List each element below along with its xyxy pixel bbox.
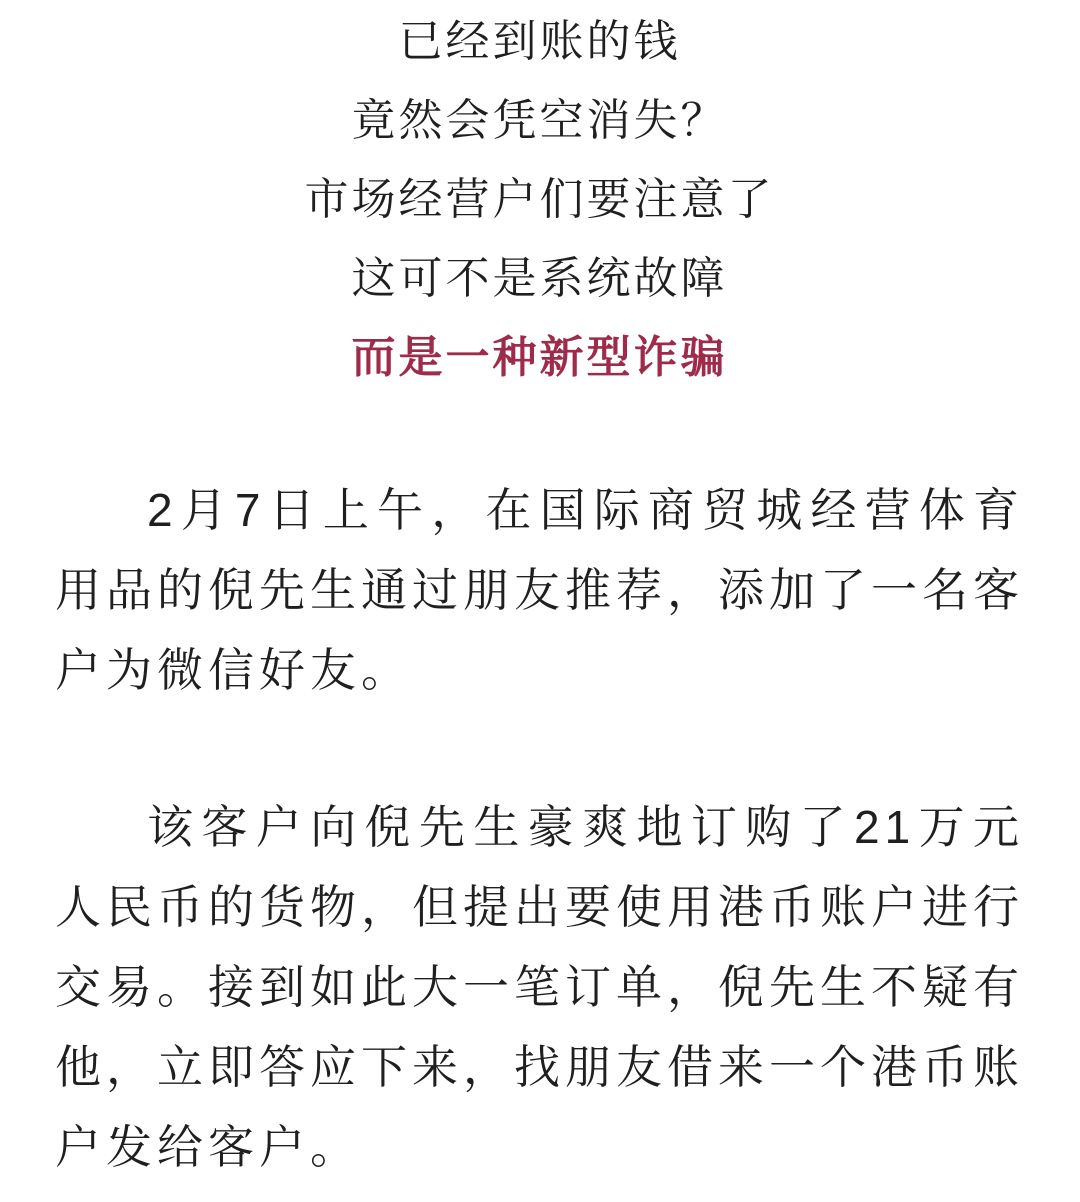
- headline-line-2: 竟然会凭空消失？: [55, 81, 1024, 160]
- headline-highlight-line: 而是一种新型诈骗: [55, 318, 1024, 397]
- article-body: 已经到账的钱 竟然会凭空消失？ 市场经营户们要注意了 这可不是系统故障 而是一种…: [0, 0, 1080, 1187]
- article-paragraph-2: 该客户向倪先生豪爽地订购了21万元人民币的货物，但提出要使用港币账户进行交易。接…: [55, 787, 1024, 1187]
- headline-line-4: 这可不是系统故障: [55, 239, 1024, 318]
- headline-line-1: 已经到账的钱: [55, 2, 1024, 81]
- article-paragraph-1: 2月7日上午，在国际商贸城经营体育用品的倪先生通过朋友推荐，添加了一名客户为微信…: [55, 470, 1024, 710]
- article-headline: 已经到账的钱 竟然会凭空消失？ 市场经营户们要注意了 这可不是系统故障 而是一种…: [55, 2, 1024, 397]
- headline-line-3: 市场经营户们要注意了: [55, 160, 1024, 239]
